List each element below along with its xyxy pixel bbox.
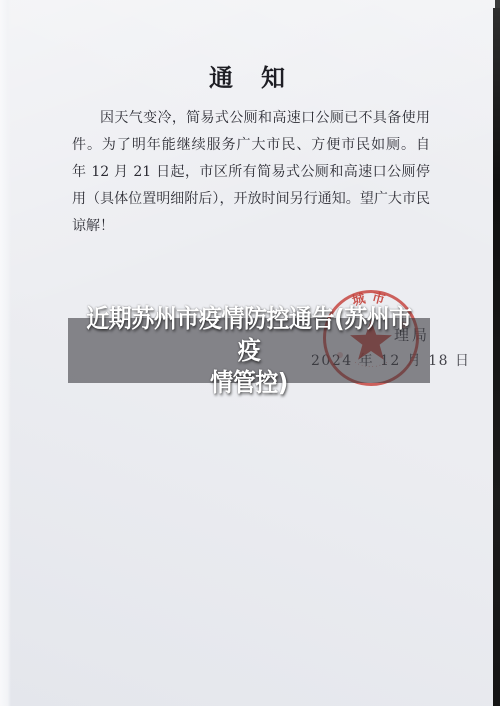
- notice-body-paragraph: 因天气变冷，简易式公厕和高速口公厕已不具备使用条件。为了明年能继续服务广大市民、…: [72, 105, 430, 240]
- notice-body-line: 谅解！: [72, 213, 430, 240]
- scanned-notice-page: 通 知 因天气变冷，简易式公厕和高速口公厕已不具备使用条件。为了明年能继续服务广…: [0, 0, 500, 706]
- notice-body-line: 因天气变冷，简易式公厕和高速口公厕已不具备使用条: [72, 105, 430, 132]
- scan-edge-shadow-top: [495, 0, 500, 8]
- notice-title: 通 知: [0, 58, 496, 93]
- caption-title: 近期苏州市疫情防控通告(苏州市疫 情管控): [82, 303, 415, 399]
- scan-edge-highlight: [0, 0, 11, 706]
- scan-edge-shadow: [493, 8, 500, 706]
- caption-overlay-band: 近期苏州市疫情防控通告(苏州市疫 情管控): [68, 318, 430, 383]
- notice-body-line: 用（具体位置明细附后），开放时间另行通知。望广大市民: [72, 186, 430, 213]
- notice-body-line: 件。为了明年能继续服务广大市民、方便市民如厕。自 2024: [72, 132, 430, 159]
- notice-body-line: 年 12 月 21 日起，市区所有简易式公厕和高速口公厕停止使: [72, 159, 430, 186]
